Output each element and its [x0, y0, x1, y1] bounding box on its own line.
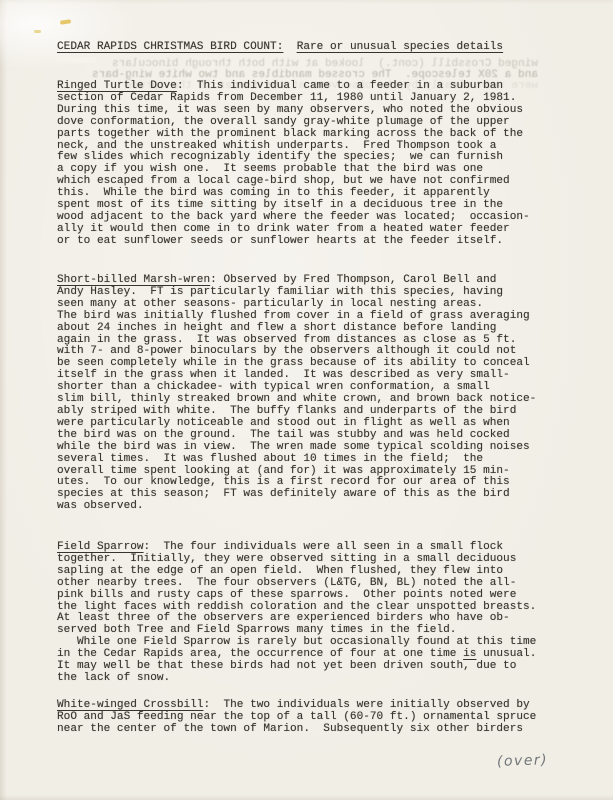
text-segment: together. Initially, they were observed …: [57, 553, 516, 565]
over-note-handwritten: (over): [497, 752, 549, 770]
text-segment: parts together with the prominent black …: [57, 128, 523, 140]
text-segment: the lack of snow.: [57, 672, 170, 684]
paper-fleck: [34, 30, 41, 33]
text-segment: During this time, it was seen by many ob…: [57, 104, 523, 116]
text-segment: about 24 inches in height and flew a sho…: [57, 322, 496, 334]
text-segment: wood adjacent to the back yard where the…: [57, 211, 530, 223]
text-segment: which escaped from a local cage-bird sho…: [57, 175, 510, 187]
text-segment: sapling at the edge of an open field. Wh…: [57, 565, 503, 577]
text-line: was observed.: [57, 501, 536, 513]
text-segment: a copy if you wish one. It seems probabl…: [57, 163, 483, 175]
paragraph-short-billed-marsh-wren: Short-billed Marsh-wren: Observed by Fre…: [57, 275, 536, 513]
text-segment: spent most of its time sitting by itself…: [57, 199, 503, 211]
text-segment: ally it would then come in to drink wate…: [57, 223, 510, 235]
text-segment: The bird was initially flushed from cove…: [57, 310, 530, 322]
paragraph-ringed-turtle-dove: Ringed Turtle Dove: This individual came…: [57, 81, 530, 248]
text-segment: served both Tree and Field Sparrows many…: [57, 624, 456, 636]
text-segment: other nearby trees. The four observers (…: [57, 577, 516, 589]
scanned-document-page: winged Crossbill (cont.) looked at with …: [0, 0, 613, 800]
text-segment: few slides which recognizably identify t…: [57, 151, 503, 163]
text-segment: dove conformation, the overall sandy gra…: [57, 116, 510, 128]
underlined-text: Short-billed Marsh-wren: [57, 274, 210, 286]
underlined-text: is: [463, 648, 476, 660]
text-line: near the center of the town of Marion. S…: [57, 724, 536, 736]
text-segment: with 7- and 8-power binoculars by the ob…: [57, 345, 516, 357]
text-segment: while the bird was in view. The wren mad…: [57, 441, 530, 453]
text-segment: the bird was on the ground. The tail was…: [57, 429, 510, 441]
text-segment: While one Field Sparrow is rarely but oc…: [57, 636, 536, 648]
text-line: the lack of snow.: [57, 673, 536, 685]
text-segment: At least three of the observers are expe…: [57, 612, 510, 624]
underlined-text: White-winged Crossbill: [57, 699, 203, 711]
text-segment: seen many at other seasons- particularly…: [57, 298, 483, 310]
text-segment: be seen completely while in the grass be…: [57, 357, 530, 369]
text-segment: section of Cedar Rapids from December 11…: [57, 92, 516, 104]
paragraph-white-winged-crossbill: White-winged Crossbill: The two individu…: [57, 700, 536, 736]
paragraph-field-sparrow: Field Sparrow: The four individuals were…: [57, 542, 536, 685]
text-segment: ably striped with white. The buffy flank…: [57, 405, 516, 417]
text-segment: : This individual came to a feeder in a …: [177, 80, 503, 92]
text-segment: in the Cedar Rapids area, the occurrence…: [57, 648, 463, 660]
text-segment: overall time spent looking at (and for) …: [57, 465, 510, 477]
text-segment: species at this season; FT was definitel…: [57, 488, 510, 500]
whiteout-correction-mark: [56, 57, 96, 63]
text-segment: : Observed by Fred Thompson, Carol Bell …: [210, 274, 496, 286]
underlined-text: Field Sparrow: [57, 541, 144, 553]
text-segment: shorter than a chickadee- with typical w…: [57, 381, 490, 393]
text-segment: this. While the bird was coming in to th…: [57, 187, 490, 199]
text-segment: Andy Hasley. FT is particularly familiar…: [57, 286, 503, 298]
document-title: CEDAR RAPIDS CHRISTMAS BIRD COUNT: Rare …: [57, 42, 503, 54]
text-segment: utes. To our knowledge, this is a first …: [57, 476, 510, 488]
text-segment: unusual.: [476, 648, 536, 660]
text-segment: : The four individuals were all seen in …: [144, 541, 504, 553]
text-segment: [283, 41, 296, 53]
text-segment: was observed.: [57, 500, 144, 512]
text-segment: or to eat sunflower seeds or sunflower h…: [57, 235, 503, 247]
text-segment: were particularly noticeable and stood o…: [57, 417, 510, 429]
text-segment: neck, and the unstreaked whitish underpa…: [57, 140, 496, 152]
underlined-text: Rare or unusual species details: [297, 41, 503, 53]
text-segment: again in the grass. It was observed from…: [57, 334, 516, 346]
text-segment: pink bills and rusty caps of these sparr…: [57, 589, 516, 601]
text-segment: RoO and JaS feeding near the top of a ta…: [57, 711, 536, 723]
text-segment: It may well be that these birds had not …: [57, 660, 516, 672]
underlined-text: Ringed Turtle Dove: [57, 80, 177, 92]
text-segment: the light faces with reddish coloration …: [57, 601, 536, 613]
underlined-text: CEDAR RAPIDS CHRISTMAS BIRD COUNT:: [57, 41, 283, 53]
text-segment: slim bill, thinly streaked brown and whi…: [57, 393, 536, 405]
text-segment: several times. It was flushed about 10 t…: [57, 453, 483, 465]
text-segment: itself in the grass when it landed. It w…: [57, 369, 510, 381]
text-line: or to eat sunflower seeds or sunflower h…: [57, 236, 530, 248]
text-segment: near the center of the town of Marion. S…: [57, 723, 523, 735]
text-segment: : The two individuals were initially obs…: [203, 699, 529, 711]
